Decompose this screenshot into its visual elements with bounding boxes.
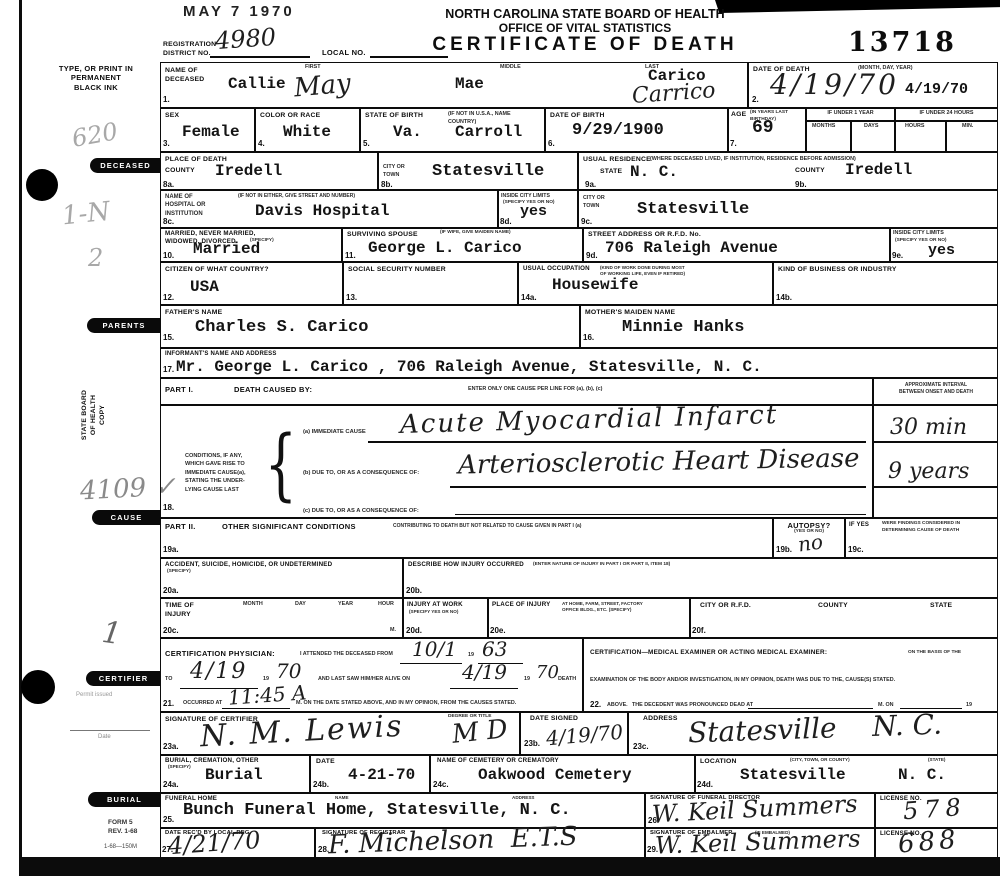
informant-num: 17. (163, 366, 174, 374)
how-injury-label: DESCRIBE HOW INJURY OCCURRED (408, 561, 524, 569)
how-injury-note: (ENTER NATURE OF INJURY IN PART I OR PAR… (533, 562, 670, 569)
industry-num: 14b. (776, 294, 792, 302)
death-certificate-scan: MAY 7 1970 NORTH CAROLINA STATE BOARD OF… (0, 0, 1000, 876)
tab-certifier: CERTIFIER (86, 671, 161, 686)
injury-state-label: STATE (930, 601, 952, 610)
work-num: 20d. (406, 627, 422, 635)
registration-district-label: REGISTRATION DISTRICT NO. (163, 40, 216, 58)
tab-deceased: DECEASED (90, 158, 161, 173)
burial-type-sub: (SPECIFY) (168, 764, 191, 770)
embalmer-signature: W. Keil Summers (655, 827, 861, 857)
pod-city-value: Statesville (432, 163, 544, 180)
under24-min-label: MIN. (962, 123, 973, 131)
degree-title-handwritten: M D (451, 717, 509, 747)
cert-to-label: TO (165, 676, 172, 684)
residence-city-num: 9c. (581, 218, 592, 226)
how-injury-num: 20b. (406, 587, 422, 595)
certifier-address-label: ADDRESS (643, 714, 678, 723)
month-header: MONTH (243, 601, 263, 609)
funeral-director-num: 26. (648, 817, 659, 825)
pencil-note-620: 620 (70, 120, 119, 150)
first-name-value: Callie (228, 76, 286, 92)
age-num: 7. (730, 140, 737, 148)
print-instruction-note: TYPE, OR PRINT IN PERMANENT BLACK INK (48, 64, 144, 92)
birth-state-value: Va. (393, 124, 422, 140)
findings-num: 19c. (848, 546, 864, 554)
margin-date-label: Date (98, 734, 111, 740)
spouse-num: 11. (345, 252, 356, 260)
office-name: OFFICE OF VITAL STATISTICS (330, 21, 840, 35)
burial-type-value: Burial (205, 767, 263, 783)
ssn-label: SOCIAL SECURITY NUMBER (348, 265, 446, 274)
cert-death-word: DEATH (558, 676, 576, 684)
cert-occurred-num: 21. (163, 700, 174, 708)
cause-c-label: (c) DUE TO, OR AS A CONSEQUENCE OF: (303, 507, 419, 515)
place-injury-num: 20e. (490, 627, 506, 635)
cause-a-interval: 30 min (890, 418, 967, 439)
tab-burial: BURIAL (88, 792, 161, 807)
race-value: White (283, 124, 331, 140)
cert-me-title: CERTIFICATION—MEDICAL EXAMINER OR ACTING… (590, 649, 827, 658)
cert-pronounced-num: 22. (590, 701, 601, 709)
cemetery-location-state: N. C. (898, 767, 946, 783)
autopsy-value: no (797, 532, 824, 554)
cemetery-location-sub1: (CITY, TOWN, OR COUNTY) (790, 757, 850, 763)
residence-county-label: COUNTY (795, 166, 825, 175)
citizen-label: CITIZEN OF WHAT COUNTRY? (165, 265, 269, 274)
inside-city-9e-num: 9e. (892, 252, 903, 260)
part2-note: CONTRIBUTING TO DEATH BUT NOT RELATED TO… (393, 523, 581, 530)
mother-label: MOTHER'S MAIDEN NAME (585, 308, 675, 317)
cause-b-value: Arteriosclerotic Heart Disease (458, 446, 860, 478)
under1-days-label: DAYS (864, 123, 878, 131)
age-label: AGE (731, 110, 746, 119)
injury-county-label: COUNTY (818, 601, 848, 610)
under24-divider-v (945, 120, 947, 152)
cert-from-underline (400, 663, 462, 664)
cert-attended-text: I ATTENDED THE DECEASED FROM (300, 651, 393, 659)
race-label: COLOR OR RACE (260, 111, 320, 120)
date-signed-num: 23b. (524, 740, 540, 748)
marital-num: 10. (163, 252, 174, 260)
conditions-brace: { (265, 426, 297, 504)
cause-a-underline (368, 441, 866, 443)
cert-saw-underline (450, 688, 518, 689)
burial-date-num: 24b. (313, 781, 329, 789)
certifier-address-num: 23c. (633, 743, 649, 751)
registration-underline (210, 56, 310, 58)
cert-pronounced-yr: 19 (966, 702, 972, 710)
findings-label: IF YES (849, 521, 869, 529)
work-sub: (SPECIFY YES OR NO) (409, 609, 458, 615)
cemetery-label: NAME OF CEMETERY OR CREMATORY (437, 757, 559, 765)
residence-city-value: Statesville (637, 201, 749, 218)
last-name-handwritten: Carrico (631, 81, 716, 108)
cert-from-handwritten: 10/1 (412, 640, 457, 659)
cert-me-body: EXAMINATION OF THE BODY AND/OR INVESTIGA… (590, 677, 990, 685)
informant-label: INFORMANT'S NAME AND ADDRESS (165, 350, 277, 358)
hole-punch-dot-top (26, 169, 58, 201)
part2-title: OTHER SIGNIFICANT CONDITIONS (222, 522, 356, 531)
injury-loc-num: 20f. (692, 627, 706, 635)
age-value: 69 (752, 119, 774, 137)
cert-saw-handwritten: 4/19 (462, 663, 507, 682)
cert-19c: 19 (524, 676, 530, 684)
middle-name-value: Mae (455, 76, 484, 92)
birth-state-extra-value: Carroll (455, 124, 522, 140)
meridiem-label: M. (390, 627, 396, 635)
autopsy-num: 19b. (776, 546, 792, 554)
accident-num: 20a. (163, 587, 179, 595)
middle-header: MIDDLE (500, 64, 521, 72)
hospital-sub: (IF NOT IN EITHER, GIVE STREET AND NUMBE… (238, 193, 355, 200)
inside-city-8d-num: 8d. (500, 218, 512, 226)
cert-me-basis: ON THE BASIS OF THE (908, 650, 993, 657)
tab-parents: PARENTS (87, 318, 161, 333)
scan-bottom-bar (19, 857, 1000, 876)
scan-edge-line (19, 0, 22, 876)
first-name-handwritten: May (293, 72, 352, 102)
burial-date-value: 4-21-70 (348, 767, 415, 783)
place-injury-label: PLACE OF INJURY (492, 601, 550, 609)
day-header: DAY (295, 601, 306, 609)
street-value: 706 Raleigh Avenue (605, 240, 778, 256)
interval-header: APPROXIMATE INTERVAL BETWEEN ONSET AND D… (876, 382, 996, 396)
certifier-address-handwritten: Statesville N. C. (688, 712, 943, 747)
year-header: YEAR (338, 601, 353, 609)
dob-num: 6. (548, 140, 555, 148)
funeral-home-num: 25. (163, 816, 174, 824)
dod-num: 2. (752, 96, 759, 104)
hour-header: HOUR (378, 601, 394, 609)
registrar-num: 28. (318, 846, 329, 854)
sex-label: SEX (165, 111, 179, 120)
license2-value: 688 (897, 827, 961, 857)
dob-value: 9/29/1900 (572, 122, 664, 139)
local-no-underline (370, 56, 448, 58)
part1-title: DEATH CAUSED BY: (234, 385, 312, 394)
sex-num: 3. (163, 140, 170, 148)
citizen-num: 12. (163, 294, 174, 302)
residence-city-label: CITY OR TOWN (583, 195, 605, 210)
org-name: NORTH CAROLINA STATE BOARD OF HEALTH (330, 7, 840, 21)
hole-punch-dot-bottom (21, 670, 55, 704)
hospital-label: NAME OF HOSPITAL OR INSTITUTION (165, 193, 205, 218)
cert-19a: 19 (468, 652, 474, 660)
cert-saw-year-handwritten: 70 (536, 664, 559, 681)
name-num: 1. (163, 96, 170, 104)
residence-state-value: N. C. (630, 164, 678, 180)
father-value: Charles S. Carico (195, 319, 368, 336)
spouse-label: SURVIVING SPOUSE (347, 230, 418, 239)
accident-sub: (SPECIFY) (167, 569, 191, 576)
marital-value: Married (193, 241, 260, 257)
burial-date-label: DATE (316, 757, 335, 766)
residence-header-sub: (WHERE DECEASED LIVED, IF INSTITUTION, R… (650, 156, 990, 164)
received-date-stamp: MAY 7 1970 (183, 3, 295, 20)
part2-label: PART II. (165, 522, 196, 531)
pencil-note-2: 2 (88, 247, 103, 270)
date-received-num: 27. (162, 846, 173, 854)
date-signed-label: DATE SIGNED (530, 714, 578, 723)
under1-months-label: MONTHS (812, 123, 835, 131)
inside-city-9e-value: yes (928, 243, 955, 258)
residence-county-value: Iredell (845, 162, 912, 178)
under1-divider-v (850, 120, 852, 152)
father-num: 15. (163, 334, 174, 342)
cemetery-location-sub2: (STATE) (928, 757, 945, 763)
injury-city-label: CITY OR R.F.D. (700, 601, 751, 610)
burial-type-num: 24a. (163, 781, 179, 789)
document-title: CERTIFICATE OF DEATH (330, 34, 840, 56)
inside-city-9e-label: INSIDE CITY LIMITS (893, 230, 944, 238)
cause-b-underline (450, 486, 866, 488)
time-injury-label: TIME OF INJURY (165, 601, 194, 619)
date-received-handwritten: 4/21/70 (167, 829, 261, 858)
under1-label: IF UNDER 1 YEAR (806, 110, 895, 118)
conditions-note: CONDITIONS, IF ANY, WHICH GAVE RISE TO I… (185, 452, 246, 494)
under24-hours-label: HOURS (905, 123, 924, 131)
cert-occurred-rest: M. ON THE DATE STATED ABOVE, AND IN MY O… (296, 700, 516, 708)
cemetery-location-num: 24d. (697, 781, 713, 789)
copy-stamp-vertical: STATE BOARD OF HEALTH COPY (80, 382, 110, 448)
cemetery-location-label: LOCATION (700, 757, 737, 766)
residence-county-num: 9b. (795, 181, 807, 189)
form-number-note: FORM 5 REV. 1-68 (108, 818, 137, 836)
dod-handwritten: 4/19/70 (770, 72, 899, 99)
mother-value: Minnie Hanks (622, 319, 744, 336)
residence-state-label: STATE (600, 167, 622, 176)
under24-divider-h (895, 120, 998, 122)
cemetery-location-city: Statesville (740, 767, 846, 783)
cemetery-value: Oakwood Cemetery (478, 767, 632, 783)
informant-value: Mr. George L. Carico , 706 Raleigh Avenu… (176, 359, 762, 375)
birth-state-label: STATE OF BIRTH (365, 111, 423, 120)
embalmer-num: 29. (647, 846, 658, 854)
pod-county-label: COUNTY (165, 166, 195, 175)
tab-cause: CAUSE (92, 510, 161, 525)
place-injury-note: AT HOME, FARM, STREET, FACTORY OFFICE BL… (562, 601, 643, 614)
funeral-home-value: Bunch Funeral Home, Statesville, N. C. (183, 802, 571, 819)
interval-rule-b (873, 486, 998, 488)
cert-to-handwritten: 4/19 (190, 662, 247, 683)
margin-date-line (70, 730, 150, 731)
occupation-value: Housewife (552, 277, 638, 293)
cemetery-num: 24c. (433, 781, 449, 789)
cause-a-label: (a) IMMEDIATE CAUSE (303, 428, 366, 436)
cert-occurred-text: OCCURRED AT (183, 700, 222, 708)
dob-label: DATE OF BIRTH (550, 111, 605, 120)
mother-num: 16. (583, 334, 594, 342)
interval-rule-a (873, 441, 998, 443)
findings-note: WERE FINDINGS CONSIDERED IN DETERMINING … (882, 521, 960, 534)
pencil-note-1n: 1-N (61, 200, 111, 230)
residence-state-num: 9a. (585, 181, 596, 189)
license1-value: 578 (902, 796, 967, 823)
pod-city-label: CITY OR TOWN (383, 164, 405, 179)
pod-county-num: 8a. (163, 181, 174, 189)
certificate-number: 13718 (848, 27, 957, 58)
field-box-interval-column (873, 378, 998, 518)
occupation-label: USUAL OCCUPATION (523, 265, 590, 273)
field-box-time-of-injury (160, 598, 403, 638)
cause-c-underline (455, 514, 866, 515)
part1-note: ENTER ONLY ONE CAUSE PER LINE FOR (a), (… (468, 386, 602, 394)
pencil-note-1: 1 (100, 619, 123, 650)
race-num: 4. (258, 140, 265, 148)
local-no-label: LOCAL NO. (322, 48, 366, 57)
part2-num: 19a. (163, 546, 179, 554)
cert-pronounced-pre: ABOVE. (607, 702, 628, 710)
hospital-value: Davis Hospital (255, 203, 389, 219)
cert-pronounced-text: THE DECEDENT WAS PRONOUNCED DEAD AT (632, 702, 753, 710)
spouse-value: George L. Carico (368, 240, 522, 256)
sig-certifier-num: 23a. (163, 743, 179, 751)
spouse-sub: (IF WIFE, GIVE MAIDEN NAME) (440, 230, 511, 237)
street-num: 9d. (586, 252, 598, 260)
cause-b-interval: 9 years (888, 462, 969, 483)
cert-time-underline (222, 708, 290, 709)
date-signed-handwritten: 4/19/70 (545, 723, 623, 749)
pod-county-value: Iredell (215, 163, 282, 179)
under24-label: IF UNDER 24 HOURS (895, 110, 998, 118)
birth-state-num: 5. (363, 140, 370, 148)
cert-to-year-handwritten: 70 (276, 662, 301, 681)
cert-from-year-handwritten: 63 (482, 640, 507, 659)
time-injury-num: 20c. (163, 627, 179, 635)
print-run-note: 1-68—150M (104, 844, 137, 850)
hospital-num: 8c. (163, 218, 174, 226)
inside-city-8d-value: yes (520, 204, 547, 219)
occupation-num: 14a. (521, 294, 537, 302)
cause-c-num: 18. (163, 504, 174, 512)
registration-district-value: 4980 (214, 26, 277, 53)
name-label: NAME OF DECEASED (165, 66, 204, 84)
ssn-num: 13. (346, 294, 357, 302)
industry-label: KIND OF BUSINESS OR INDUSTRY (778, 265, 897, 274)
cert-physician-title: CERTIFICATION PHYSICIAN: (165, 649, 275, 658)
permit-issued-note: Permit issued (76, 692, 112, 698)
part1-label: PART I. (165, 385, 193, 394)
cert-last-saw-text: AND LAST SAW HIM/HER ALIVE ON (318, 676, 410, 684)
cert-pronounced-underline1 (748, 708, 873, 709)
sex-value: Female (182, 124, 240, 140)
street-label: STREET ADDRESS OR R.F.D. No. (588, 230, 701, 239)
father-label: FATHER'S NAME (165, 308, 222, 317)
citizen-value: USA (190, 279, 219, 295)
dod-typed: 4/19/70 (905, 82, 968, 97)
cause-b-label: (b) DUE TO, OR AS A CONSEQUENCE OF: (303, 469, 419, 477)
pod-city-num: 8b. (381, 181, 393, 189)
